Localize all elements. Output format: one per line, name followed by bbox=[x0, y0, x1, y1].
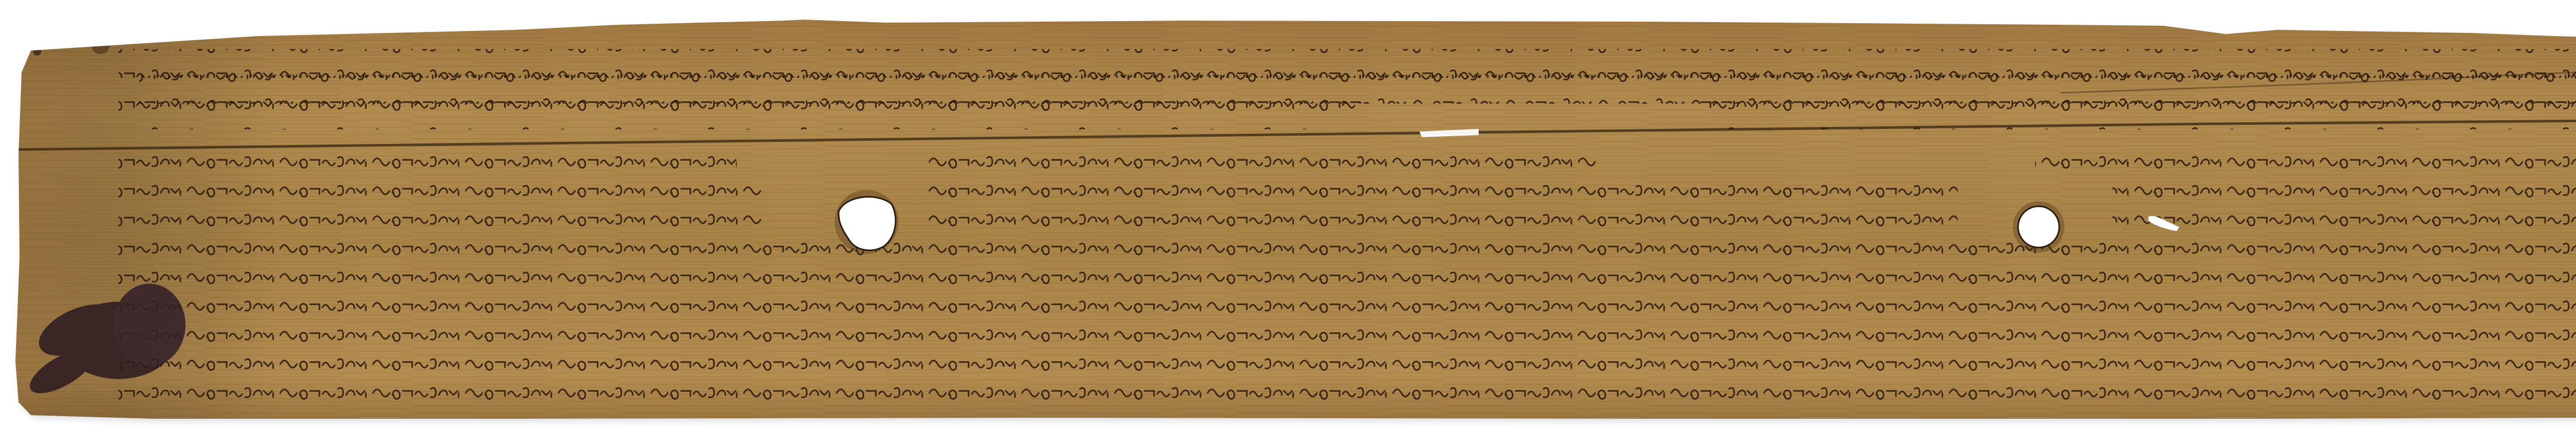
palm-leaf bbox=[0, 0, 2576, 443]
manuscript-scan bbox=[0, 0, 2576, 443]
binding-hole-left bbox=[835, 190, 899, 254]
binding-hole-right bbox=[2013, 201, 2064, 253]
script-lines bbox=[118, 49, 2576, 405]
